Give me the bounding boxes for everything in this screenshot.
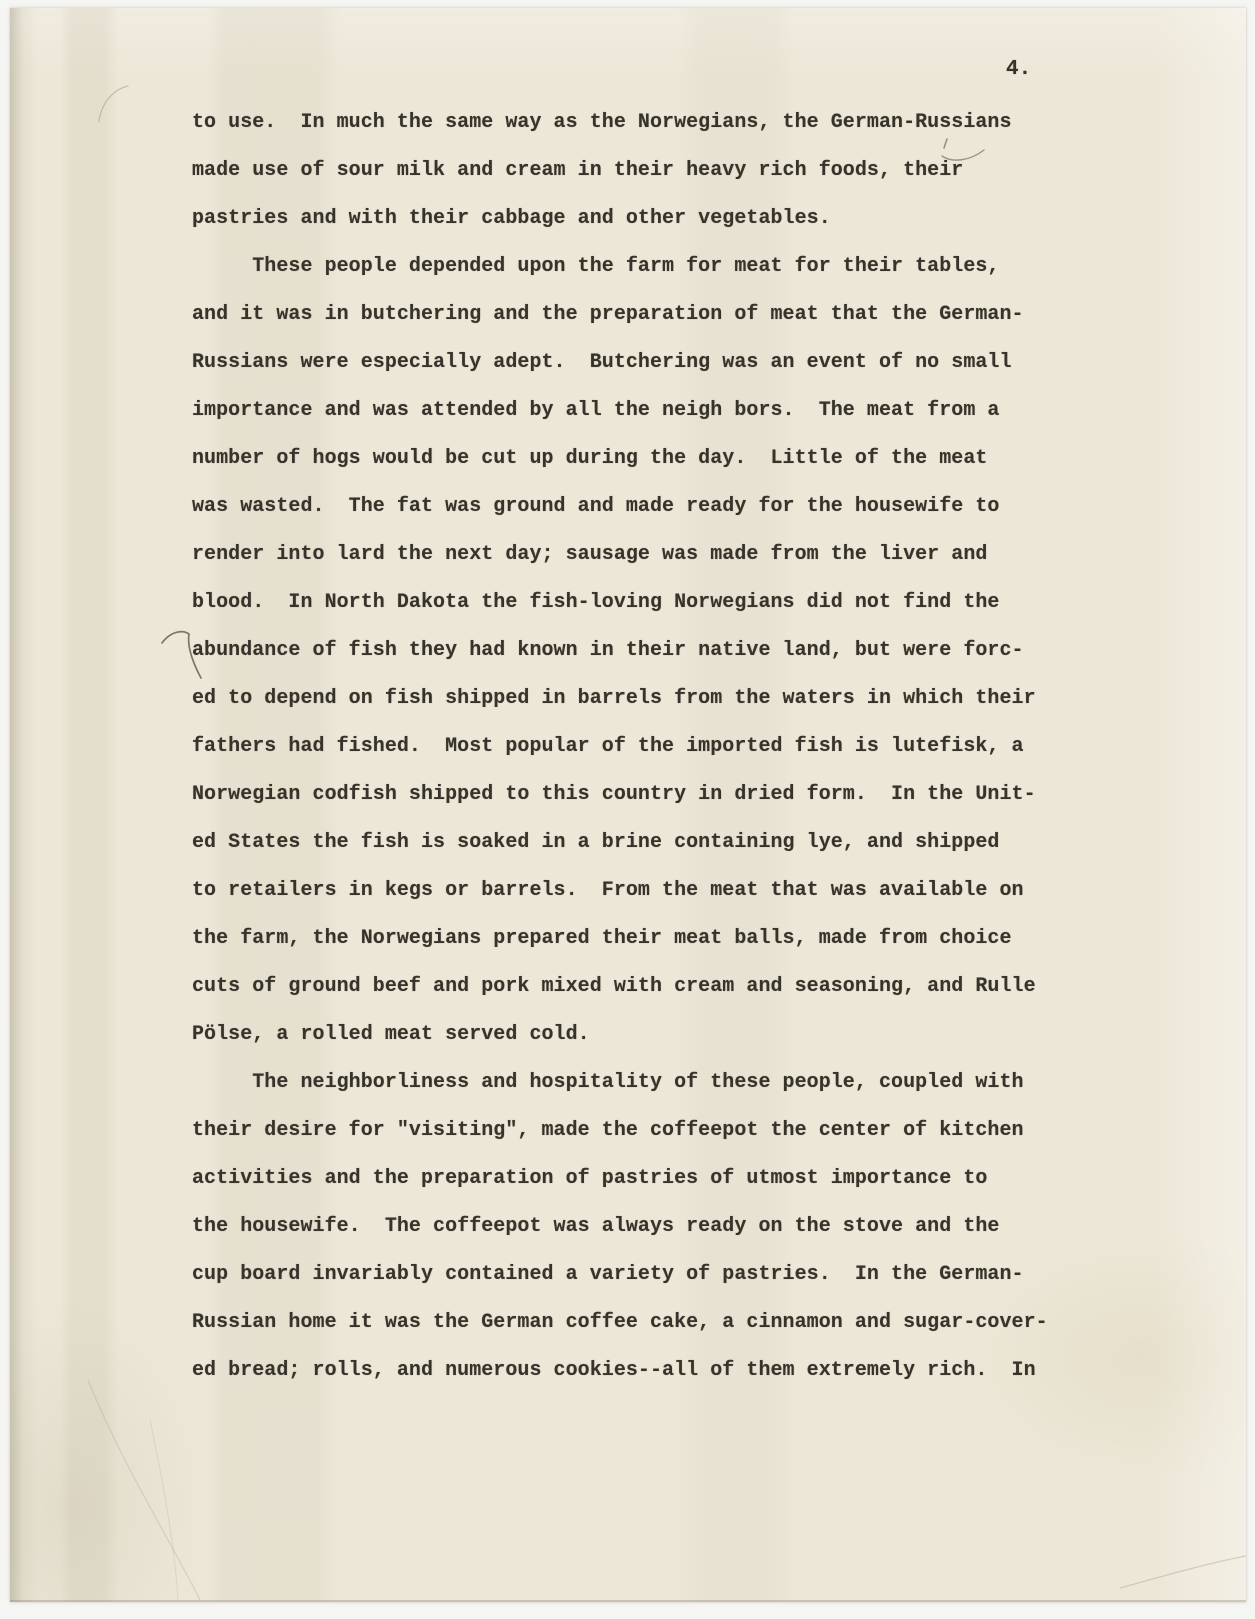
scanned-document: 4. to use. In much the same way as the N… <box>0 0 1255 1619</box>
text-line: fathers had fished. Most popular of the … <box>192 723 1092 771</box>
text-line: number of hogs would be cut up during th… <box>192 435 1092 483</box>
text-line: their desire for "visiting", made the co… <box>192 1107 1092 1155</box>
text-line: These people depended upon the farm for … <box>192 243 1092 291</box>
typewritten-text: to use. In much the same way as the Norw… <box>192 99 1092 1395</box>
pen-tick-mark <box>938 136 988 166</box>
text-line: Norwegian codfish shipped to this countr… <box>192 771 1092 819</box>
text-line: pastries and with their cabbage and othe… <box>192 195 1092 243</box>
text-line: The neighborliness and hospitality of th… <box>192 1059 1092 1107</box>
text-line: cup board invariably contained a variety… <box>192 1251 1092 1299</box>
text-line: ed bread; rolls, and numerous cookies--a… <box>192 1347 1092 1395</box>
margin-pen-mark <box>158 626 208 684</box>
text-line: ed States the fish is soaked in a brine … <box>192 819 1092 867</box>
text-line: importance and was attended by all the n… <box>192 387 1092 435</box>
paper-bottom-edge <box>10 1600 1246 1602</box>
text-line: Russians were especially adept. Butcheri… <box>192 339 1092 387</box>
text-line: was wasted. The fat was ground and made … <box>192 483 1092 531</box>
text-line: render into lard the next day; sausage w… <box>192 531 1092 579</box>
text-line: Russian home it was the German coffee ca… <box>192 1299 1092 1347</box>
text-line: the housewife. The coffeepot was always … <box>192 1203 1092 1251</box>
text-line: and it was in butchering and the prepara… <box>192 291 1092 339</box>
text-line: the farm, the Norwegians prepared their … <box>192 915 1092 963</box>
crease-mark-top <box>96 84 132 124</box>
text-line: abundance of fish they had known in thei… <box>192 627 1092 675</box>
text-line: to retailers in kegs or barrels. From th… <box>192 867 1092 915</box>
text-line: cuts of ground beef and pork mixed with … <box>192 963 1092 1011</box>
text-line: Pölse, a rolled meat served cold. <box>192 1011 1092 1059</box>
text-line: activities and the preparation of pastri… <box>192 1155 1092 1203</box>
text-line: ed to depend on fish shipped in barrels … <box>192 675 1092 723</box>
text-line: blood. In North Dakota the fish-loving N… <box>192 579 1092 627</box>
crease-marks-bottom <box>80 1380 300 1602</box>
page-number: 4. <box>1006 58 1031 81</box>
crease-mark-corner <box>1118 1548 1248 1592</box>
